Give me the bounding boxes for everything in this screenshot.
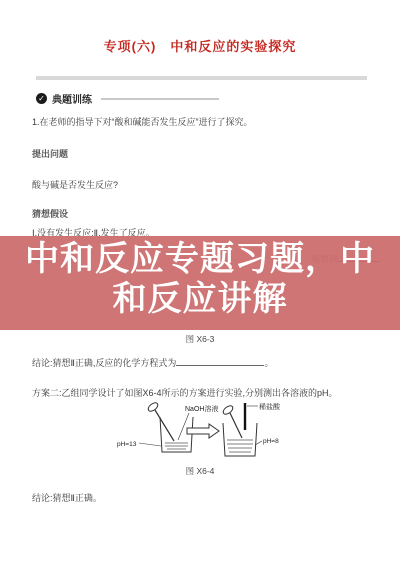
section-title: 典题训练	[52, 91, 92, 106]
conclusion-1: 结论:猜想Ⅱ正确,反应的化学方程式为。	[32, 357, 380, 369]
step-label-hypothesis: 猜想假设	[32, 208, 380, 220]
equation-blank	[176, 357, 264, 366]
conclusion-1-period: 。	[264, 358, 273, 368]
right-dropper-icon	[222, 403, 245, 438]
question-text: 酸与碱是否发生反应?	[32, 179, 380, 191]
question-1: 1.在老师的指导下对“酸和碱能否发生反应”进行了探究。	[32, 116, 380, 128]
figure-x6-3-caption: 图 X6-3	[0, 333, 400, 345]
conclusion-2: 结论:猜想Ⅱ正确。	[32, 492, 380, 504]
experiment-diagram-svg: NaOH溶液 pH=13 稀盐酸 pH=8	[103, 400, 337, 464]
watermark-overlay: 中和反应专题习题，中 和反应讲解	[0, 236, 400, 330]
watermark-line-1: 中和反应专题习题，中	[25, 240, 375, 278]
plan-2-text: 方案二:乙组同学设计了如图X6-4所示的方案进行实验,分别测出各溶液的pH。	[32, 387, 380, 399]
naoh-label: NaOH溶液	[185, 404, 218, 413]
section-bullet-icon: ✓	[36, 93, 47, 104]
right-beaker-icon	[223, 423, 257, 456]
figure-x6-4-diagram: NaOH溶液 pH=13 稀盐酸 pH=8	[103, 400, 337, 464]
section-header: ✓ 典题训练	[36, 91, 219, 106]
ph13-label: pH=13	[117, 441, 137, 448]
header-divider	[36, 76, 367, 80]
conclusion-1-text: 结论:猜想Ⅱ正确,反应的化学方程式为	[32, 358, 176, 368]
watermark-line-2: 和反应讲解	[113, 280, 288, 318]
figure-x6-4-caption: 图 X6-4	[0, 465, 400, 477]
worksheet-page: 专项(六) 中和反应的实验探究 ✓ 典题训练 1.在老师的指导下对“酸和碱能否发…	[0, 0, 400, 565]
dilute-hcl-label: 稀盐酸	[259, 402, 281, 411]
ph8-label: pH=8	[263, 438, 279, 445]
page-title: 专项(六) 中和反应的实验探究	[0, 36, 400, 55]
step-label-propose-question: 提出问题	[32, 148, 380, 160]
section-rule	[101, 98, 219, 100]
watermark-text: 中和反应专题习题，中 和反应讲解	[20, 239, 380, 319]
